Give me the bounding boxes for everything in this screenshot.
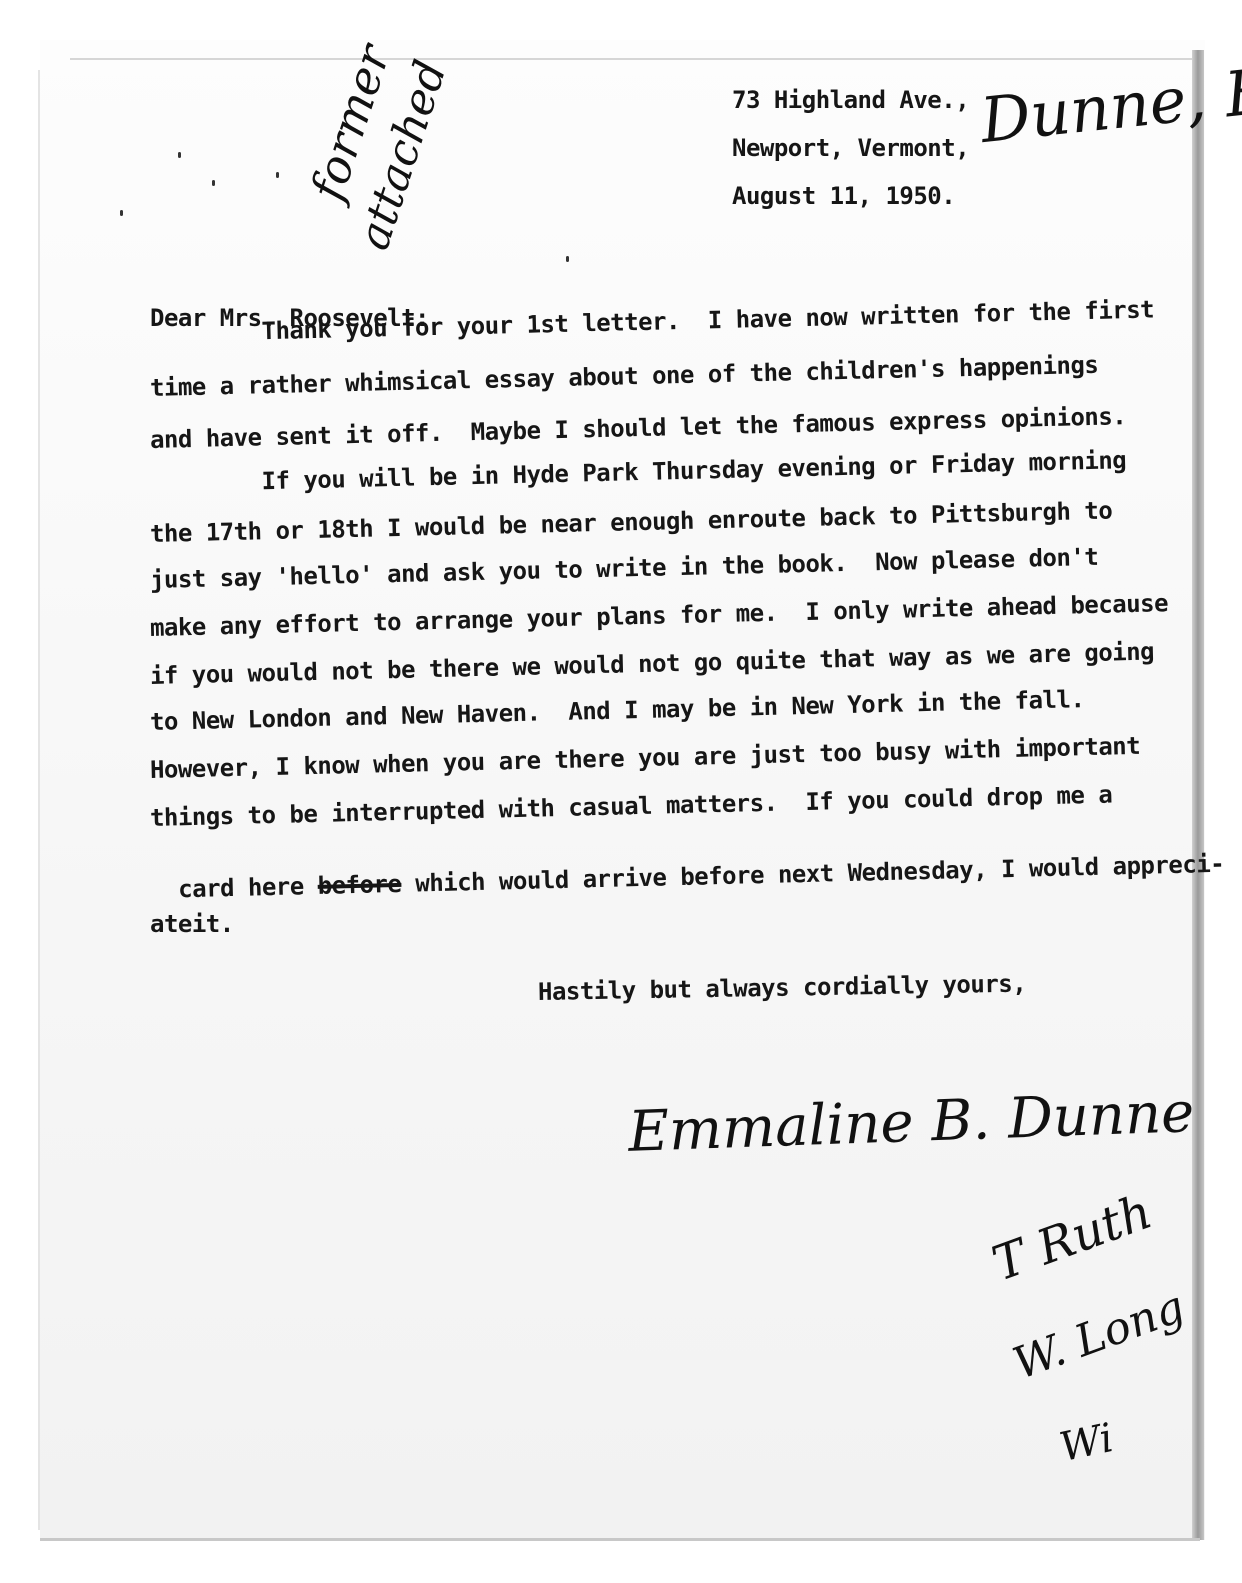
letter-date: August 11, 1950. [732,182,955,210]
page-edge-left [38,70,40,1530]
body-line: ateit. [150,910,234,938]
page-edge-bottom [40,1538,1200,1541]
page-edge-top [70,58,1200,60]
speck [120,210,123,216]
speck [178,152,181,158]
body-line-prefix: card here [178,872,318,903]
struck-out-word: before [317,870,401,900]
speck [276,172,279,178]
speck [566,256,569,262]
address-line-1: 73 Highland Ave., [732,86,969,114]
page-edge-right-shadow [1192,50,1204,1540]
speck [212,180,215,186]
address-line-2: Newport, Vermont, [732,134,969,162]
